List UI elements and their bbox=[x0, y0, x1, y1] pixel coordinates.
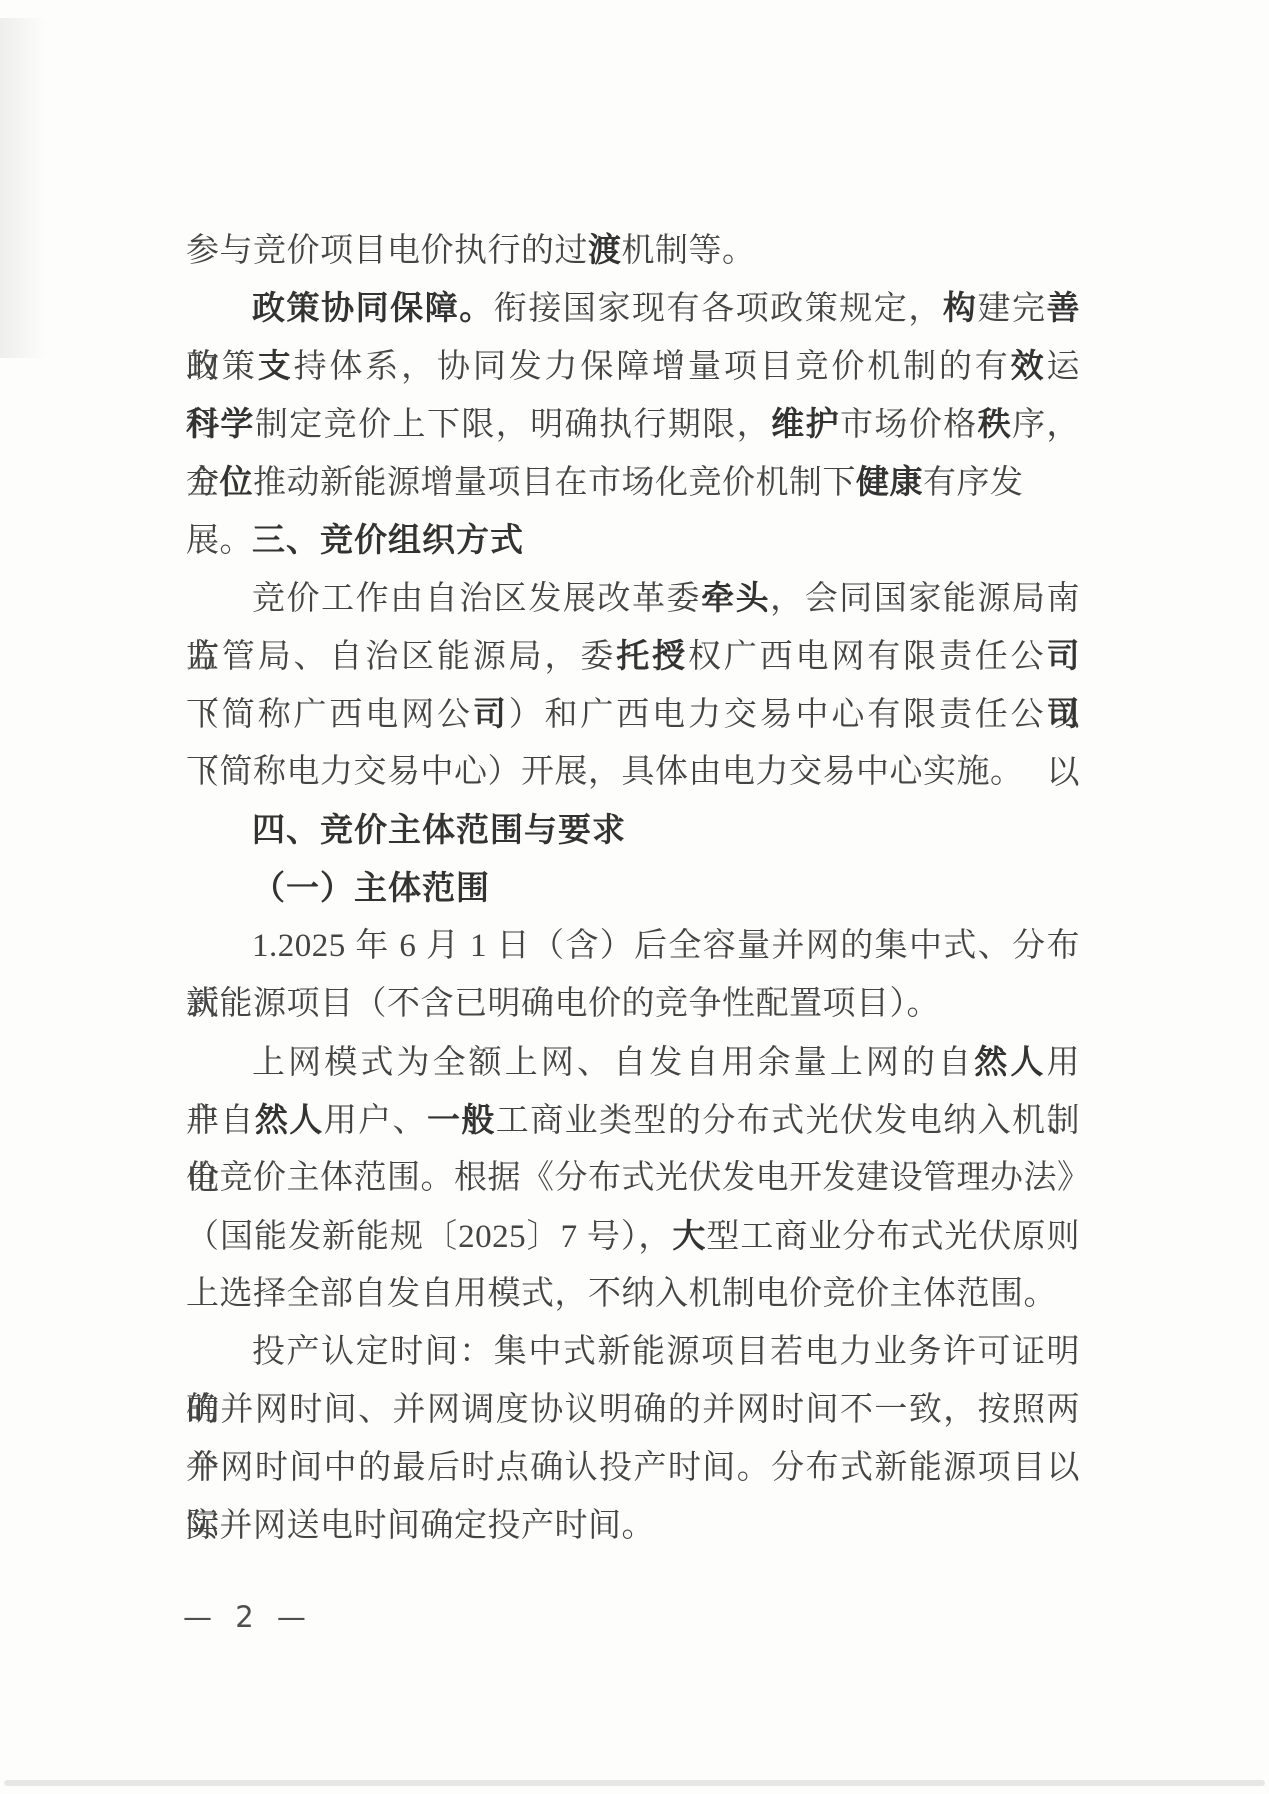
emphasized-text-run: 司 bbox=[1047, 637, 1081, 674]
emphasized-text-run: 渡 bbox=[588, 231, 622, 268]
text-line: 政策支持体系，协同发力保障增量项目竞价机制的有效运行， bbox=[186, 337, 1080, 395]
text-line: 方位推动新能源增量项目在市场化竞价机制下健康有序发展。 bbox=[186, 453, 1080, 511]
emphasized-text-run: 一般 bbox=[427, 1101, 496, 1138]
text-run: 持体系，协同发力保障增量项目竞价机制的有 bbox=[294, 349, 1011, 385]
page-number: — 2 — bbox=[183, 1600, 313, 1634]
section-heading: 三、竞价组织方式 bbox=[186, 511, 1080, 569]
text-run: 衔接国家现有各项政策规定， bbox=[494, 291, 943, 327]
text-run: 用户、 bbox=[324, 1103, 427, 1139]
emphasized-text-run: 健康 bbox=[856, 463, 923, 500]
emphasized-text-run: 牵头 bbox=[701, 579, 770, 616]
text-run: 竞价工作由自治区发展改革委 bbox=[252, 581, 701, 617]
section-heading: （一）主体范围 bbox=[186, 859, 1080, 917]
emphasized-text-run: 善 bbox=[1047, 289, 1081, 326]
text-run: 机制等。 bbox=[622, 233, 756, 269]
text-run: 建完 bbox=[977, 291, 1046, 327]
text-line: 科学制定竞价上下限，明确执行期限，维护市场价格秩序，全 bbox=[186, 395, 1080, 453]
document-page: 参与竞价项目电价执行的过渡机制等。政策协同保障。衔接国家现有各项政策规定，构建完… bbox=[0, 0, 1269, 1794]
emphasized-text-run: 秩 bbox=[978, 405, 1012, 442]
text-line: （国能发新能规〔2025〕7 号），大型工商业分布式光伏原则 bbox=[186, 1207, 1080, 1265]
text-run: 四、竞价主体范围与要求 bbox=[252, 811, 626, 848]
text-run: 监管局、自治区能源局，委 bbox=[186, 639, 616, 675]
text-run: ）和广西电力交易中心有限责任公 bbox=[509, 697, 1047, 733]
text-run: 新能源项目（不含已明确电价的竞争性配置项目）。 bbox=[186, 986, 940, 1022]
text-run: 非自 bbox=[186, 1103, 255, 1139]
text-run: 下简称广西电网公 bbox=[186, 697, 473, 733]
emphasized-text-run: 大 bbox=[672, 1217, 706, 1254]
text-run: 际并网送电时间确定投产时间。 bbox=[186, 1508, 655, 1544]
text-line: 并网时间中的最后时点确认投产时间。分布式新能源项目以实 bbox=[186, 1439, 1080, 1497]
text-line: 下简称电力交易中心）开展，具体由电力交易中心实施。 bbox=[186, 743, 1080, 801]
text-run: 价竞价主体范围。根据《分布式光伏发电开发建设管理办法》 bbox=[186, 1160, 1091, 1196]
emphasized-text-run: 支 bbox=[258, 347, 294, 384]
text-run: 权广西电网有限责任公 bbox=[688, 639, 1047, 675]
text-line: 上选择全部自发自用模式，不纳入机制电价竞价主体范围。 bbox=[186, 1265, 1080, 1323]
emphasized-text-run: 构 bbox=[943, 289, 978, 326]
text-line: 的并网时间、并网调度协议明确的并网时间不一致，按照两个 bbox=[186, 1381, 1080, 1439]
section-heading: 四、竞价主体范围与要求 bbox=[186, 801, 1080, 859]
emphasized-text-run: 然人 bbox=[974, 1043, 1046, 1080]
text-line: 参与竞价项目电价执行的过渡机制等。 bbox=[186, 221, 1080, 279]
text-line: 竞价工作由自治区发展改革委牵头，会同国家能源局南方 bbox=[186, 569, 1080, 627]
text-run: （一）主体范围 bbox=[252, 869, 490, 906]
text-line: 监管局、自治区能源局，委托授权广西电网有限责任公司（以 bbox=[186, 627, 1080, 685]
text-line: 投产认定时间：集中式新能源项目若电力业务许可证明确 bbox=[186, 1323, 1080, 1381]
text-line: 新能源项目（不含已明确电价的竞争性配置项目）。 bbox=[186, 975, 1080, 1033]
text-line: 下简称广西电网公司）和广西电力交易中心有限责任公司（以 bbox=[186, 685, 1080, 743]
text-run: 三、竞价组织方式 bbox=[252, 521, 524, 558]
text-run: 上网模式为全额上网、自发自用余量上网的自 bbox=[252, 1045, 974, 1081]
emphasized-text-run: 司 bbox=[1047, 695, 1081, 732]
emphasized-text-run: 托授 bbox=[616, 637, 688, 674]
text-run: 方 bbox=[186, 465, 220, 501]
emphasized-text-run: 效 bbox=[1011, 347, 1047, 384]
emphasized-text-run: 司 bbox=[473, 695, 509, 732]
text-line: 价竞价主体范围。根据《分布式光伏发电开发建设管理办法》 bbox=[186, 1149, 1080, 1207]
text-run: 上选择全部自发自用模式，不纳入机制电价竞价主体范围。 bbox=[186, 1276, 1057, 1312]
emphasized-text-run: 然人 bbox=[255, 1101, 324, 1138]
emphasized-text-run: 维护 bbox=[771, 405, 840, 442]
emphasized-text-run: 政策协同保障。 bbox=[252, 289, 494, 326]
text-run: 政策 bbox=[186, 349, 258, 385]
text-run: 下简称电力交易中心）开展，具体由电力交易中心实施。 bbox=[186, 754, 1024, 790]
text-run: （国能发新能规〔2025〕7 号）， bbox=[186, 1219, 672, 1255]
text-line: 1.2025 年 6 月 1 日（含）后全容量并网的集中式、分布式 bbox=[186, 917, 1080, 975]
scan-smudge-artifact bbox=[0, 18, 46, 358]
text-line: 际并网送电时间确定投产时间。 bbox=[186, 1497, 1080, 1555]
text-run: 推动新能源增量项目在市场化竞价机制下 bbox=[253, 465, 856, 501]
emphasized-text-run: 位 bbox=[220, 463, 254, 500]
text-line: 上网模式为全额上网、自发自用余量上网的自然人用户、 bbox=[186, 1033, 1080, 1091]
scan-edge-shadow bbox=[4, 1780, 1265, 1786]
text-block: 参与竞价项目电价执行的过渡机制等。政策协同保障。衔接国家现有各项政策规定，构建完… bbox=[186, 221, 1080, 1555]
text-line: 非自然人用户、一般工商业类型的分布式光伏发电纳入机制电 bbox=[186, 1091, 1080, 1149]
text-run: 制定竞价上下限，明确执行期限， bbox=[255, 407, 771, 443]
emphasized-text-run: 科学 bbox=[186, 405, 255, 442]
text-run: 型工商业分布式光伏原则 bbox=[706, 1219, 1080, 1255]
text-run: 参与竞价项目电价执行的过 bbox=[186, 233, 588, 269]
text-line: 政策协同保障。衔接国家现有各项政策规定，构建完善的 bbox=[186, 279, 1080, 337]
text-run: 市场价格 bbox=[840, 407, 978, 443]
